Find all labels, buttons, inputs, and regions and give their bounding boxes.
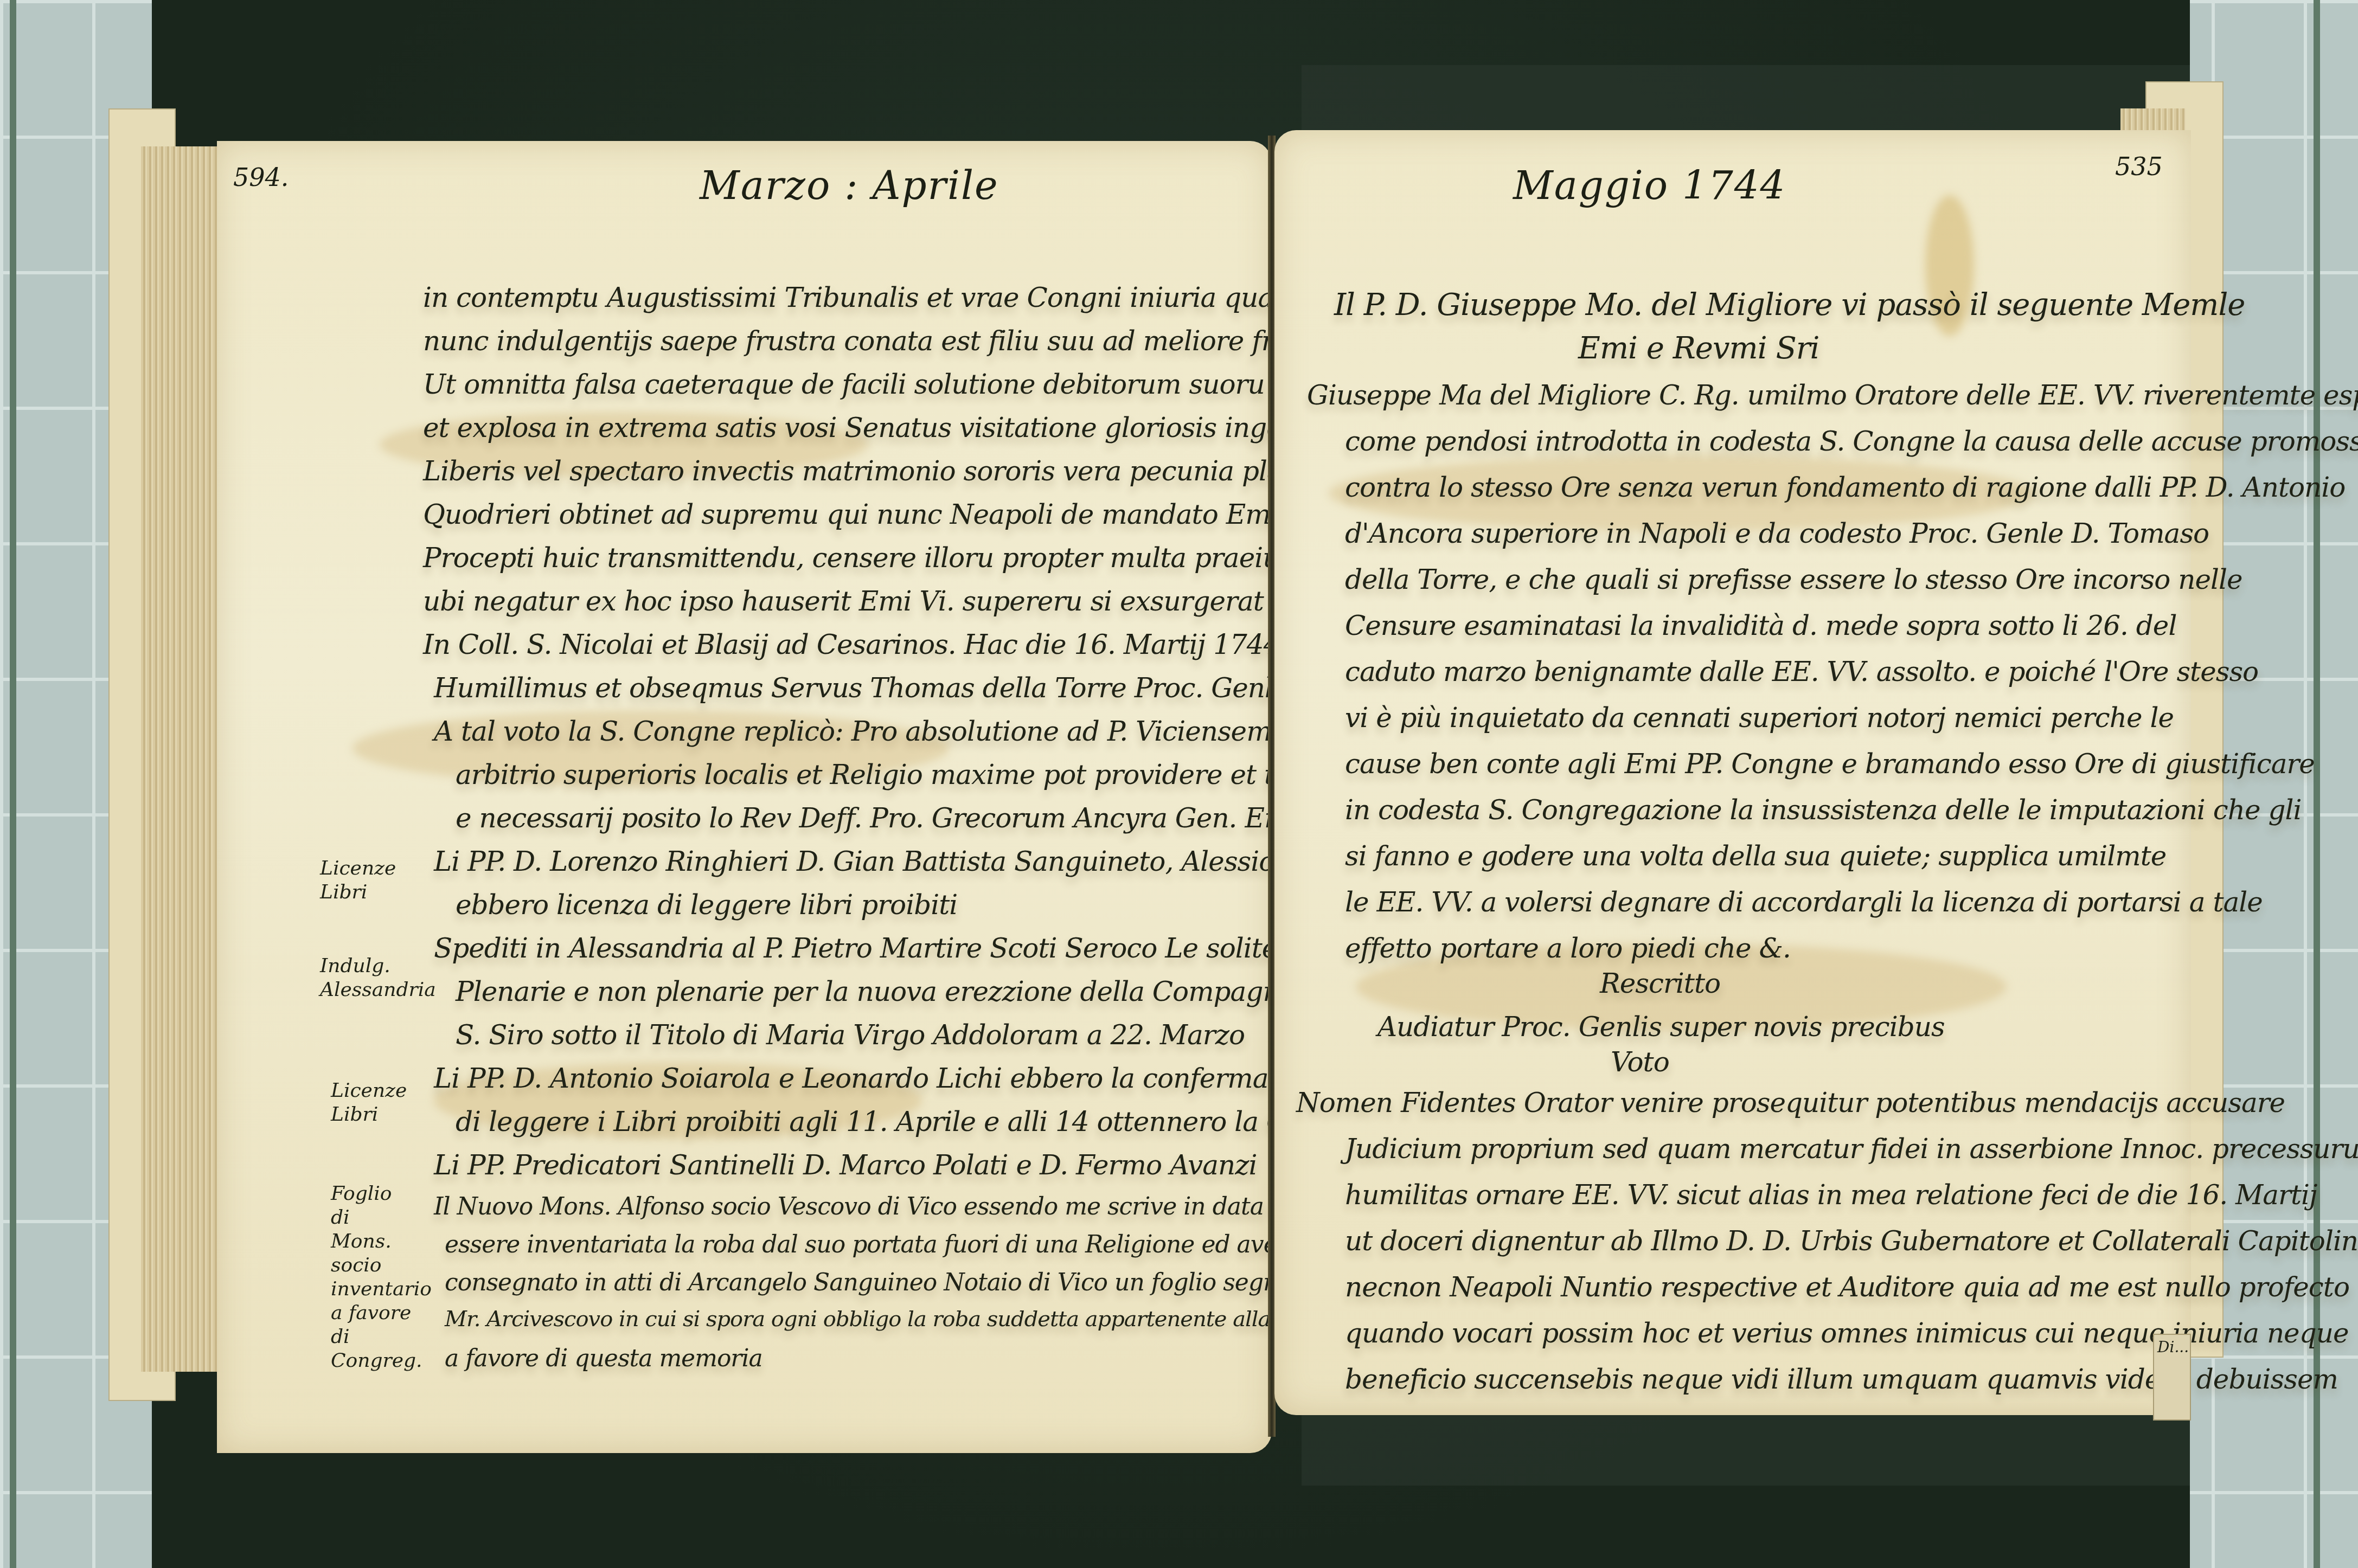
text-line: come pendosi introdotta in codesta S. Co… bbox=[1345, 426, 2358, 457]
voto-heading: Voto bbox=[1611, 1046, 1669, 1078]
open-book: 594. Marzo : Aprile in contemptu Augusti… bbox=[108, 81, 2224, 1469]
text-line: Emi e Revmi Sri bbox=[1578, 331, 1819, 366]
text-line: In Coll. S. Nicolai et Blasij ad Cesarin… bbox=[423, 629, 1280, 660]
right-folio-number: 535 bbox=[2115, 152, 2163, 181]
right-page: Maggio 1744 535 Il P. D. Giuseppe Mo. de… bbox=[1274, 130, 2191, 1415]
text-line: Il P. D. Giuseppe Mo. del Migliore vi pa… bbox=[1334, 287, 2245, 323]
margin-note: Foglio di Mons. socio inventario a favor… bbox=[331, 1182, 412, 1373]
left-folio-number: 594. bbox=[233, 163, 289, 192]
margin-note: Licenze Libri bbox=[320, 857, 401, 904]
page-edge-tab: Di... bbox=[2153, 1334, 2191, 1421]
text-line: Censure esaminatasi la invalidità d. med… bbox=[1345, 610, 2176, 641]
text-line: di leggere i Libri proibiti agli 11. Apr… bbox=[456, 1106, 1398, 1138]
text-line: della Torre, e che quali si prefisse ess… bbox=[1345, 564, 2242, 595]
text-line: humilitas ornare EE. VV. sicut alias in … bbox=[1345, 1179, 2317, 1211]
text-line: a favore di questa memoria bbox=[445, 1345, 762, 1372]
left-page-stack bbox=[141, 146, 222, 1372]
left-page-header: Marzo : Aprile bbox=[700, 163, 999, 208]
text-line: necnon Neapoli Nuntio respective et Audi… bbox=[1345, 1271, 2349, 1303]
text-line: Giuseppe Ma del Migliore C. Rg. umilmo O… bbox=[1307, 380, 2358, 411]
text-line: ebbero licenza di leggere libri proibiti bbox=[456, 889, 957, 921]
text-line: S. Siro sotto il Titolo di Maria Virgo A… bbox=[456, 1019, 1245, 1051]
left-glass-rail bbox=[10, 0, 16, 1568]
text-line: in codesta S. Congregazione la insussist… bbox=[1345, 794, 2301, 826]
text-line: si fanno e godere una volta della sua qu… bbox=[1345, 840, 2166, 872]
margin-note: Licenze Libri bbox=[331, 1079, 412, 1127]
text-line: caduto marzo benignamte dalle EE. VV. as… bbox=[1345, 656, 2258, 687]
text-line: d'Ancora superiore in Napoli e da codest… bbox=[1345, 518, 2209, 549]
text-line: contra lo stesso Ore senza verun fondame… bbox=[1345, 472, 2345, 503]
right-page-header: Maggio 1744 bbox=[1513, 163, 1786, 208]
text-line: le EE. VV. a volersi degnare di accordar… bbox=[1345, 886, 2263, 918]
text-line: quando vocari possim hoc et verius omnes… bbox=[1345, 1318, 2349, 1349]
text-line: vi è più inquietato da cennati superiori… bbox=[1345, 702, 2174, 734]
margin-note: Indulg. Alessandria bbox=[320, 954, 401, 1002]
text-line: Judicium proprium sed quam mercatur fide… bbox=[1345, 1133, 2358, 1165]
rescript-heading: Rescritto bbox=[1600, 968, 1720, 999]
text-line: essere inventariata la roba dal suo port… bbox=[445, 1231, 1394, 1258]
text-line: ut doceri dignentur ab Illmo D. D. Urbis… bbox=[1345, 1225, 2358, 1257]
text-line: cause ben conte agli Emi PP. Congne e br… bbox=[1345, 748, 2315, 780]
text-line: effetto portare a loro piedi che &. bbox=[1345, 933, 1791, 964]
text-line: consegnato in atti di Arcangelo Sanguine… bbox=[445, 1269, 1389, 1296]
text-line: Nomen Fidentes Orator venire prosequitur… bbox=[1296, 1087, 2285, 1119]
left-page: 594. Marzo : Aprile in contemptu Augusti… bbox=[217, 141, 1272, 1453]
text-line: Plenarie e non plenarie per la nuova ere… bbox=[456, 976, 1337, 1007]
text-line: Li PP. Predicatori Santinelli D. Marco P… bbox=[434, 1149, 1257, 1181]
text-line: Audiatur Proc. Genlis super novis precib… bbox=[1377, 1011, 1945, 1043]
